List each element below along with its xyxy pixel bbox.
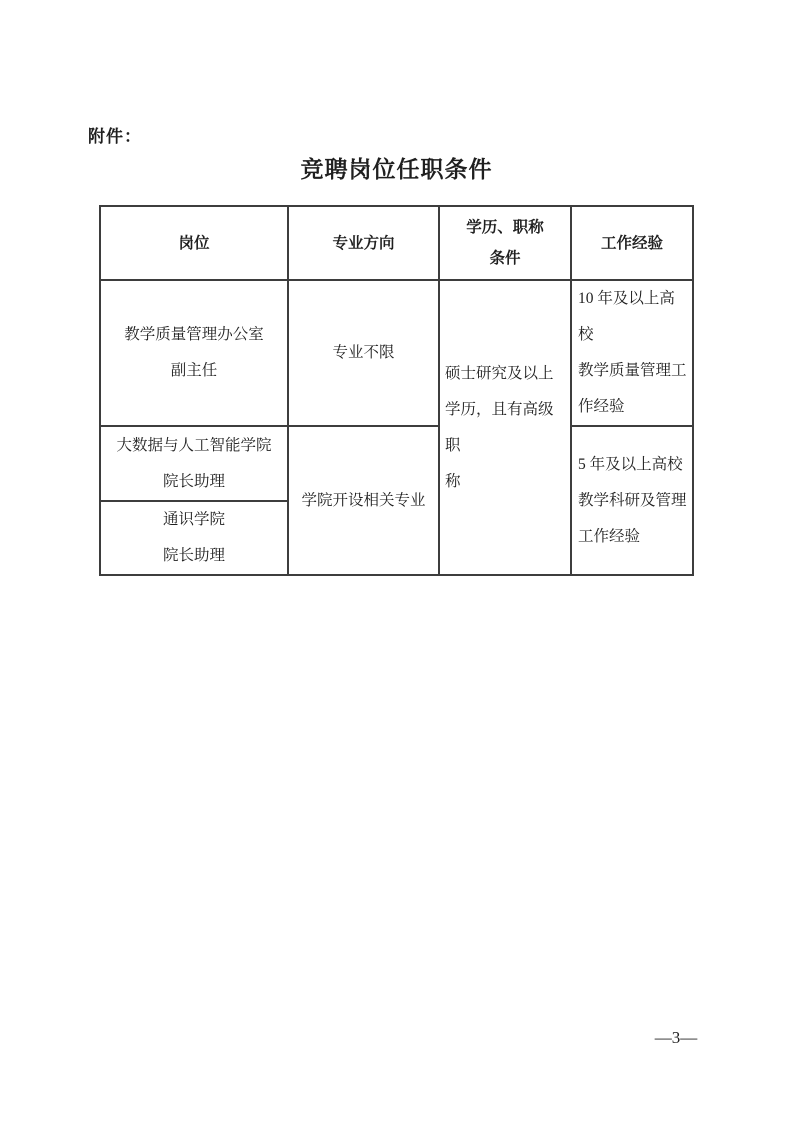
document-page: 附件： 竞聘岗位任职条件 岗位 专业方向 学历、职称 条件 工作经验 教学质量管…: [0, 0, 793, 1122]
cell-major-merged-rows2-3: 学院开设相关专业: [288, 426, 439, 575]
header-major: 专业方向: [288, 206, 439, 280]
cell-position-row3: 通识学院 院长助理: [100, 501, 288, 575]
header-experience: 工作经验: [571, 206, 693, 280]
cell-experience-row1: 10 年及以上高校 教学质量管理工 作经验: [571, 280, 693, 426]
table-row: 教学质量管理办公室 副主任 专业不限 硕士研究及以上 学历，且有高级职 称 10…: [100, 280, 693, 426]
page-number: —3—: [648, 1028, 704, 1048]
cell-experience-merged-rows2-3: 5 年及以上高校 教学科研及管理 工作经验: [571, 426, 693, 575]
cell-position-row1: 教学质量管理办公室 副主任: [100, 280, 288, 426]
table-header-row: 岗位 专业方向 学历、职称 条件 工作经验: [100, 206, 693, 280]
cell-position-row2: 大数据与人工智能学院 院长助理: [100, 426, 288, 501]
cell-qualification-merged: 硕士研究及以上 学历，且有高级职 称: [439, 280, 571, 575]
page-title: 竞聘岗位任职条件: [0, 151, 793, 184]
table-row: 大数据与人工智能学院 院长助理 学院开设相关专业 5 年及以上高校 教学科研及管…: [100, 426, 693, 501]
cell-major-row1: 专业不限: [288, 280, 439, 426]
attachment-label: 附件：: [88, 122, 142, 147]
positions-table: 岗位 专业方向 学历、职称 条件 工作经验 教学质量管理办公室 副主任 专业不限…: [99, 205, 694, 576]
header-position: 岗位: [100, 206, 288, 280]
header-qualification: 学历、职称 条件: [439, 206, 571, 280]
